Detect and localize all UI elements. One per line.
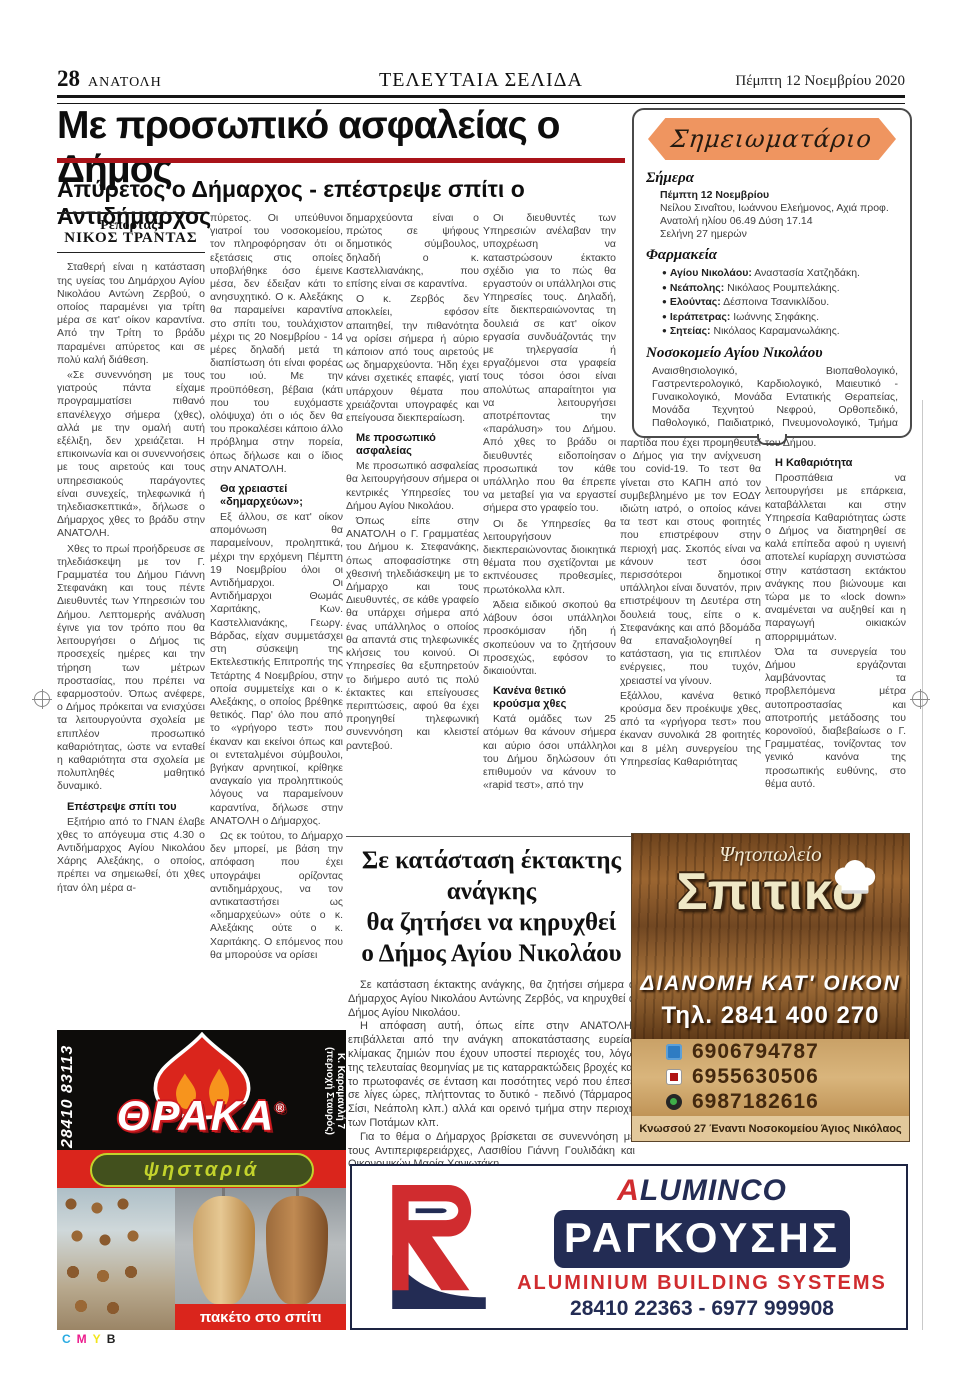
spitiko-main-phone: Τηλ. 2841 400 270 (632, 1002, 909, 1030)
bullet-icon: ● (662, 283, 667, 292)
thraka-logo-panel: 28410 83113 Κ. Καραμανλή 7 (περιοχή Σταυ… (57, 1030, 346, 1150)
bullet-icon: ● (662, 297, 667, 306)
notebook-box: Σημειωματάριο Σήμερα Πέμπτη 12 Νοεμβρίου… (632, 108, 912, 438)
rotisserie-photo (57, 1188, 175, 1330)
pharmacy-item: ●Νεάπολης: Νικόλαος Ρουμπελάκης. (662, 281, 900, 296)
body-paragraph: Ο κ. Ζερβός δεν αποκλείει, εφόσον απαιτη… (346, 293, 479, 425)
crosshead: Θα χρειαστεί «δημαρχεύων»; (210, 483, 343, 509)
body-paragraph: Εξάλλου, κανένα θετικό κρούσμα δεν προέκ… (620, 690, 761, 769)
article-column-4: Οι διευθυντές των Υπηρεσιών ανέλαβαν την… (483, 212, 616, 834)
ragousis-name-block: ΡΑΓΚΟΥΣΗΣ (554, 1210, 850, 1268)
pharmacy-item: ●Σητείας: Νικόλαος Καραμανωλάκης. (662, 324, 900, 339)
carrier-icon-blue (666, 1044, 682, 1060)
hospital-departments: Αναισθησιολογικό, Βιοπαθολογικό, Γαστρεν… (646, 364, 900, 431)
chef-hat-icon (829, 860, 881, 907)
body-paragraph: Σταθερή είναι η κατάσταση της υγείας του… (57, 261, 205, 367)
spitiko-address: Κνωσσού 27 Έναντι Νοσοκομείου Άγιος Νικό… (632, 1116, 909, 1141)
carrier-icon-dark (666, 1094, 682, 1110)
body-paragraph: Χθες το πρωί προήδρευσε σε τηλεδιάσκεψη … (57, 543, 205, 794)
article-column-2: πύρετος. Οι υπεύθυνοι γιατροί του νοσοκο… (210, 212, 343, 1036)
today-moon: Σελήνη 27 ημερών (646, 228, 900, 241)
issue-date: Πέμπτη 12 Νοεμβρίου 2020 (735, 73, 905, 90)
body-paragraph: Προσπάθεια να λειτουργήσει με επάρκεια, … (765, 472, 906, 644)
today-sun: Ανατολή ηλίου 06.49 Δύση 17.14 (646, 215, 900, 228)
today-day: Πέμπτη 12 Νοεμβρίου (646, 189, 900, 202)
article-column-6: του Δήμου. Η Καθαριότητα Προσπάθεια να λ… (765, 437, 906, 831)
article-column-5: παρτίδα που έχει προμηθευτεί ο Δήμος για… (620, 437, 761, 831)
carrier-icon-red (666, 1069, 682, 1085)
registration-mark-icon (912, 691, 928, 707)
body-paragraph: Εξιτήριο από το ΓΝΑΝ έλαβε χθες το απόγε… (57, 816, 205, 895)
thraka-tagline-pill: ψησταριά (90, 1153, 314, 1187)
ad-spitiko-grillhouse: Ψητοπωλείο Σπιτικό ΔΙΑΝΟΜΗ ΚΑΤ' ΟΙΚΟΝ Τη… (631, 833, 910, 1142)
crosshead: Η Καθαριότητα (765, 457, 906, 470)
bullet-icon: ● (662, 326, 667, 335)
mobile-row: 6906794787 (632, 1039, 909, 1064)
masthead-rule (57, 95, 905, 104)
gyros-cone-shape (193, 1196, 255, 1304)
spitiko-phones-panel: 6906794787 6955630506 6987182616 (632, 1039, 909, 1116)
hospital-heading: Νοσοκομείο Αγίου Νικολάου (646, 345, 900, 362)
article-column-1: Ρεπορτάζ: ΝΙΚΟΣ ΤΡΑΝΤΑΣ Σταθερή είναι η … (57, 212, 205, 1020)
article-divider-rule (346, 836, 633, 837)
body-paragraph: Όλα τα συνεργεία του Δήμου εργάζονται λα… (765, 646, 906, 791)
mobile-row: 6955630506 (632, 1064, 909, 1089)
aluminco-phones: 28410 22363 - 6977 999908 (512, 1297, 892, 1321)
ad-thraka-grill: 28410 83113 Κ. Καραμανλή 7 (περιοχή Σταυ… (57, 1030, 346, 1330)
mobile-number: 6955630506 (692, 1065, 819, 1089)
body-paragraph: παρτίδα που έχει προμηθευτεί ο Δήμος για… (620, 437, 761, 688)
body-paragraph: Η απόφαση αυτή, όπως είπε στην ΑΝΑΤΟΛΗ, … (348, 1020, 635, 1130)
mobile-number: 6987182616 (692, 1090, 819, 1114)
aluminco-subtitle: ALUMINIUM BUILDING SYSTEMS (512, 1272, 892, 1295)
ragousis-brand: ΡΑΓΚΟΥΣΗΣ (564, 1214, 840, 1261)
body-paragraph: του Δήμου. (765, 437, 906, 450)
body-paragraph: «Σε συνεννόηση με τους γιατρούς πάντα εί… (57, 369, 205, 541)
gyros-cone-shape (266, 1196, 328, 1304)
pharmacy-item: ●Ελούντας: Δέσποινα Τσανικλίδου. (662, 295, 900, 310)
ad-aluminco-ragousis: ALUMINCO ΡΑΓΚΟΥΣΗΣ ALUMINIUM BUILDING SY… (350, 1164, 908, 1330)
secondary-article: Σε κατάσταση έκτακτης ανάγκης θα ζητήσει… (348, 845, 635, 1172)
mobile-number: 6906794787 (692, 1040, 819, 1064)
notebook-body: Σήμερα Πέμπτη 12 Νοεμβρίου Νείλου Σιναΐτ… (646, 164, 900, 430)
today-heading: Σήμερα (646, 170, 900, 187)
spitiko-delivery-label: ΔΙΑΝΟΜΗ ΚΑΤ' ΟΙΚΟΝ (632, 972, 909, 996)
thraka-delivery-strip: πακέτο στο σπίτι (175, 1304, 346, 1330)
byline-box: Ρεπορτάζ: ΝΙΚΟΣ ΤΡΑΝΤΑΣ (57, 212, 205, 253)
color-bar-marks: CMYB (62, 1332, 121, 1346)
today-saints: Νείλου Σιναΐτου, Ιωάννου Ελεήμονος, Αχιά… (646, 202, 900, 215)
notebook-banner: Σημειωματάριο (648, 118, 896, 160)
gyros-photo: πακέτο στο σπίτι (175, 1188, 346, 1330)
aluminco-text-block: ALUMINCO ΡΑΓΚΟΥΣΗΣ ALUMINIUM BUILDING SY… (512, 1174, 892, 1321)
ragousis-r-logo (380, 1178, 498, 1321)
body-paragraph: Με προσωπικό ασφαλείας θα λειτουργήσουν … (346, 460, 479, 513)
pharmacy-item: ●Ιεράπετρας: Ιωάννης Σηφάκης. (662, 310, 900, 325)
body-paragraph: Κατά ομάδες των 25 ατόμων θα κάνουν σήμε… (483, 713, 616, 792)
crosshead: Με προσωπικό ασφαλείας (346, 432, 479, 458)
notebook-title: Σημειωματάριο (670, 125, 874, 153)
page-edge-shadow (922, 400, 923, 1330)
pharmacy-item: ●Αγίου Νικολάου: Αναστασία Χατζηδάκη. (662, 266, 900, 281)
crosshead: Επέστρεψε σπίτι του (57, 801, 205, 814)
thraka-photos: πακέτο στο σπίτι (57, 1188, 346, 1330)
byline-name: ΝΙΚΟΣ ΤΡΑΝΤΑΣ (57, 232, 205, 245)
secondary-headline: Σε κατάσταση έκτακτης ανάγκης θα ζητήσει… (348, 845, 635, 969)
body-paragraph: Σε κατάσταση έκτακτης ανάγκης, θα ζητήσε… (348, 979, 635, 1020)
body-paragraph: πύρετος. Οι υπεύθυνοι γιατροί του νοσοκο… (210, 212, 343, 476)
body-paragraph: Οι δε Υπηρεσίες θα λειτουργήσουν διεκπερ… (483, 518, 616, 597)
spitiko-wood-panel: Ψητοπωλείο Σπιτικό ΔΙΑΝΟΜΗ ΚΑΤ' ΟΙΚΟΝ Τη… (632, 834, 909, 1039)
bullet-icon: ● (662, 268, 667, 277)
pharmacies-heading: Φαρμακεία (646, 247, 900, 264)
thraka-red-band: ψησταριά (57, 1150, 346, 1188)
body-paragraph: Εξ άλλου, σε κατ' οίκον απομόνωση θα παρ… (210, 511, 343, 828)
aluminco-brand: ALUMINCO (512, 1174, 892, 1208)
masthead: 28 ΑΝΑΤΟΛΗ ΤΕΛΕΥΤΑΙΑ ΣΕΛΙΔΑ Πέμπτη 12 Νο… (57, 66, 905, 94)
newspaper-page: 28 ΑΝΑΤΟΛΗ ΤΕΛΕΥΤΑΙΑ ΣΕΛΙΔΑ Πέμπτη 12 Νο… (0, 0, 960, 1374)
body-paragraph: δημαρχεύοντα είναι ο πρώτος σε ψήφους δη… (346, 212, 479, 291)
mobile-row: 6987182616 (632, 1089, 909, 1114)
headline-rule (57, 158, 625, 163)
body-paragraph: Άδεια ειδικού σκοπού θα λάβουν όσοι υπάλ… (483, 599, 616, 678)
body-paragraph: Όπως είπε στην ΑΝΑΤΟΛΗ ο Γ. Γραμματέας τ… (346, 515, 479, 753)
crosshead: Κανένα θετικό κρούσμα χθες (483, 685, 616, 711)
body-paragraph: Ως εκ τούτου, το Δήμαρχο δεν μπορεί, με … (210, 830, 343, 962)
bullet-icon: ● (662, 312, 667, 321)
body-paragraph: Οι διευθυντές των Υπηρεσιών ανέλαβαν την… (483, 212, 616, 516)
thraka-brand: ΘΡΑΚΑ® (57, 1092, 346, 1140)
registration-mark-icon (34, 691, 50, 707)
registered-mark: ® (275, 1101, 286, 1115)
pharmacies-list: ●Αγίου Νικολάου: Αναστασία Χατζηδάκη. ●Ν… (646, 266, 900, 339)
article-column-3: δημαρχεύοντα είναι ο πρώτος σε ψήφους δη… (346, 212, 479, 834)
